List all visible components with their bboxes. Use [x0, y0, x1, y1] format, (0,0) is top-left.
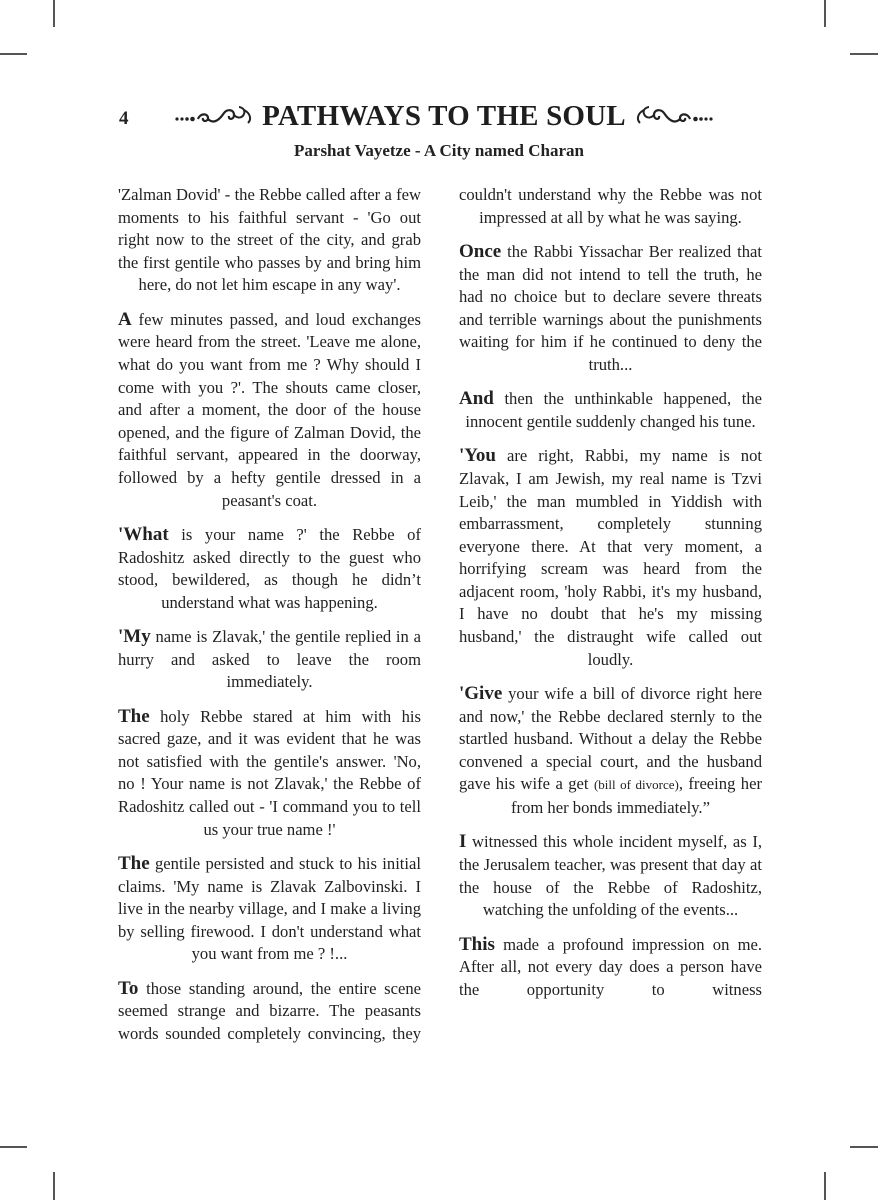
left-column: 'Zalman Dovid' - the Rebbe called after …	[118, 184, 421, 1057]
lead-word: 'My	[118, 626, 151, 647]
paragraph: 'What is your name ?' the Rebbe of Rados…	[118, 524, 421, 614]
crop-mark	[824, 0, 826, 27]
crop-mark	[0, 1146, 27, 1148]
chapter-subtitle: Parshat Vayetze - A City named Charan	[0, 141, 878, 161]
lead-word: To	[118, 978, 138, 999]
paragraph: 'Zalman Dovid' - the Rebbe called after …	[118, 184, 421, 297]
crop-mark	[53, 0, 55, 27]
crop-mark	[53, 1172, 55, 1200]
lead-word: And	[459, 388, 494, 409]
right-column: couldn't understand why the Rebbe was no…	[459, 184, 762, 1013]
lead-word: This	[459, 934, 495, 955]
left-flourish-ornament-icon	[174, 105, 256, 127]
crop-mark	[0, 53, 27, 55]
paragraph: This made a profound impression on me. A…	[459, 934, 762, 1002]
lead-word: The	[118, 706, 150, 727]
lead-word: 'What	[118, 524, 169, 545]
lead-word: 'You	[459, 445, 496, 466]
lead-word: A	[118, 309, 132, 330]
paragraph: 'Give your wife a bill of divorce right …	[459, 683, 762, 820]
lead-word: The	[118, 853, 150, 874]
page-number: 4	[119, 108, 129, 130]
running-header: PATHWAYS TO THE SOUL	[174, 96, 714, 136]
paragraph: And then the unthinkable happened, the i…	[459, 388, 762, 433]
header-title: PATHWAYS TO THE SOUL	[262, 100, 626, 133]
paragraph: To those standing around, the entire sce…	[118, 978, 421, 1046]
lead-word: 'Give	[459, 683, 502, 704]
crop-mark	[850, 1146, 878, 1148]
parenthetical-note: (bill of divorce)	[594, 777, 679, 792]
paragraph: couldn't understand why the Rebbe was no…	[459, 184, 762, 229]
crop-mark	[824, 1172, 826, 1200]
right-flourish-ornament-icon	[632, 105, 714, 127]
paragraph: I witnessed this whole incident myself, …	[459, 831, 762, 921]
paragraph: A few minutes passed, and loud exchanges…	[118, 309, 421, 512]
paragraph: The gentile persisted and stuck to his i…	[118, 853, 421, 966]
paragraph: The holy Rebbe stared at him with his sa…	[118, 706, 421, 842]
crop-mark	[850, 53, 878, 55]
paragraph: 'My name is Zlavak,' the gentile replied…	[118, 626, 421, 694]
lead-word: Once	[459, 241, 501, 262]
paragraph: Once the Rabbi Yissachar Ber realized th…	[459, 241, 762, 377]
paragraph: 'You are right, Rabbi, my name is not Zl…	[459, 445, 762, 671]
